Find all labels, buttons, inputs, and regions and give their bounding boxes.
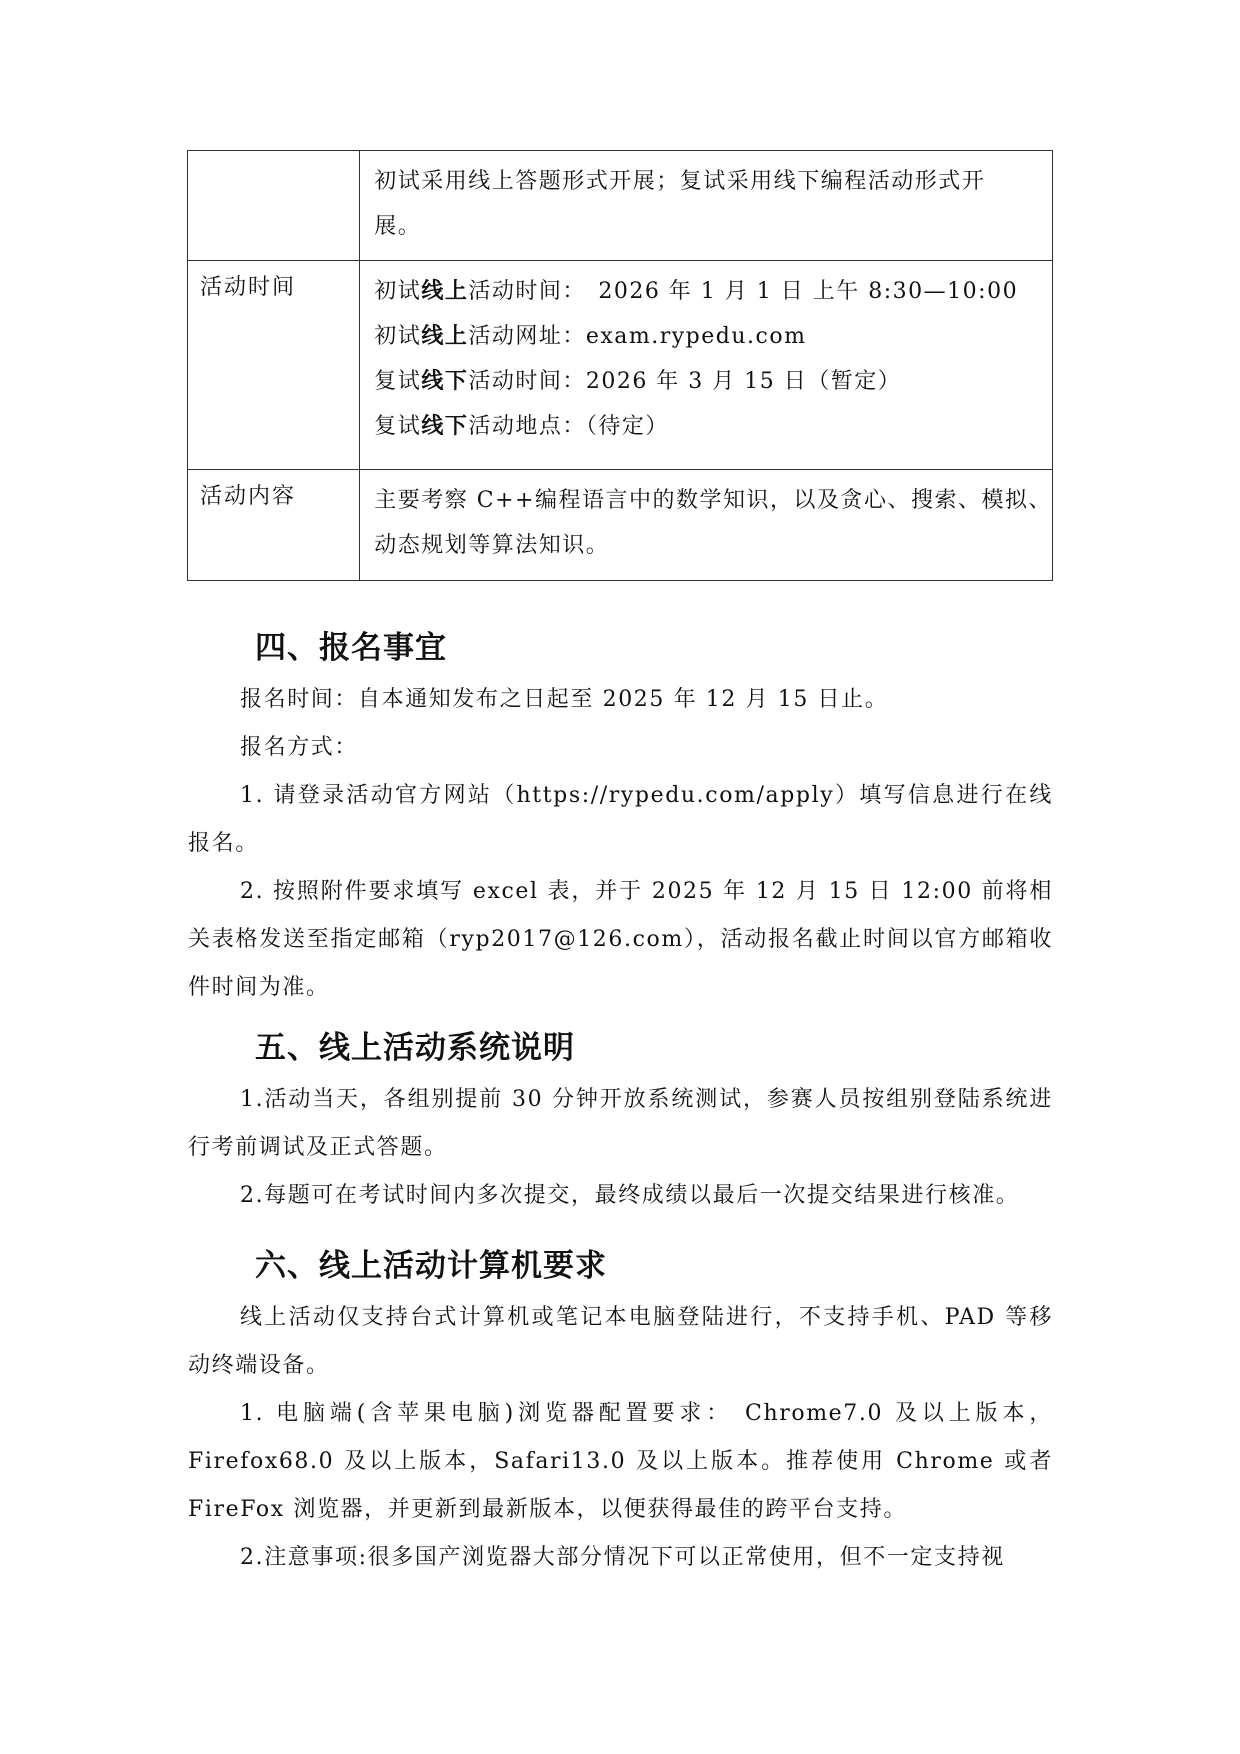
offline-location-line: 复试线下活动地点：（待定） bbox=[374, 404, 1052, 449]
offline-time-line: 复试线下活动时间：2026 年 3 月 15 日（暂定） bbox=[374, 359, 1052, 404]
section-heading-registration: 四、报名事宜 bbox=[255, 622, 447, 667]
registration-item-2: 2. 按照附件要求填写 excel 表，并于 2025 年 12 月 15 日 … bbox=[188, 868, 1053, 1012]
section-heading-system: 五、线上活动系统说明 bbox=[255, 1022, 575, 1067]
document-page: 初试采用线上答题形式开展；复试采用线下编程活动形式开 展。 活动时间 初试线上活… bbox=[0, 0, 1240, 1754]
activity-info-table: 初试采用线上答题形式开展；复试采用线下编程活动形式开 展。 活动时间 初试线上活… bbox=[187, 150, 1053, 581]
table-row-content: 活动内容 主要考察 C++编程语言中的数学知识，以及贪心、搜索、模拟、 动态规划… bbox=[188, 470, 1053, 581]
table-row-format: 初试采用线上答题形式开展；复试采用线下编程活动形式开 展。 bbox=[188, 151, 1053, 261]
row-label-time: 活动时间 bbox=[188, 261, 360, 470]
computer-intro: 线上活动仅支持台式计算机或笔记本电脑登陆进行，不支持手机、PAD 等移动终端设备… bbox=[188, 1294, 1053, 1390]
online-time-line: 初试线上活动时间： 2026 年 1 月 1 日 上午 8:30—10:00 bbox=[374, 269, 1052, 314]
online-url-line: 初试线上活动网址：exam.rypedu.com bbox=[374, 314, 1052, 359]
row-content-content: 主要考察 C++编程语言中的数学知识，以及贪心、搜索、模拟、 动态规划等算法知识… bbox=[360, 470, 1053, 581]
format-line-2: 展。 bbox=[374, 204, 1052, 249]
registration-time: 报名时间：自本通知发布之日起至 2025 年 12 月 15 日止。 bbox=[188, 676, 1053, 724]
registration-method-label: 报名方式： bbox=[188, 724, 1053, 772]
section-heading-computer: 六、线上活动计算机要求 bbox=[255, 1240, 607, 1285]
system-item-2: 2.每题可在考试时间内多次提交，最终成绩以最后一次提交结果进行核准。 bbox=[188, 1172, 1053, 1220]
row-content-format: 初试采用线上答题形式开展；复试采用线下编程活动形式开 展。 bbox=[360, 151, 1053, 261]
registration-item-1: 1. 请登录活动官方网站（https://rypedu.com/apply）填写… bbox=[188, 772, 1053, 868]
row-label-empty bbox=[188, 151, 360, 261]
computer-item-2: 2.注意事项:很多国产浏览器大部分情况下可以正常使用，但不一定支持视 bbox=[188, 1534, 1053, 1582]
row-content-time: 初试线上活动时间： 2026 年 1 月 1 日 上午 8:30—10:00 初… bbox=[360, 261, 1053, 470]
content-line-1: 主要考察 C++编程语言中的数学知识，以及贪心、搜索、模拟、 bbox=[374, 478, 1052, 523]
system-item-1: 1.活动当天，各组别提前 30 分钟开放系统测试，参赛人员按组别登陆系统进行考前… bbox=[188, 1076, 1053, 1172]
table-row-time: 活动时间 初试线上活动时间： 2026 年 1 月 1 日 上午 8:30—10… bbox=[188, 261, 1053, 470]
format-line-1: 初试采用线上答题形式开展；复试采用线下编程活动形式开 bbox=[374, 159, 1052, 204]
content-line-2: 动态规划等算法知识。 bbox=[374, 523, 1052, 568]
computer-item-1: 1. 电脑端(含苹果电脑)浏览器配置要求： Chrome7.0 及以上版本，Fi… bbox=[188, 1390, 1053, 1534]
row-label-content: 活动内容 bbox=[188, 470, 360, 581]
